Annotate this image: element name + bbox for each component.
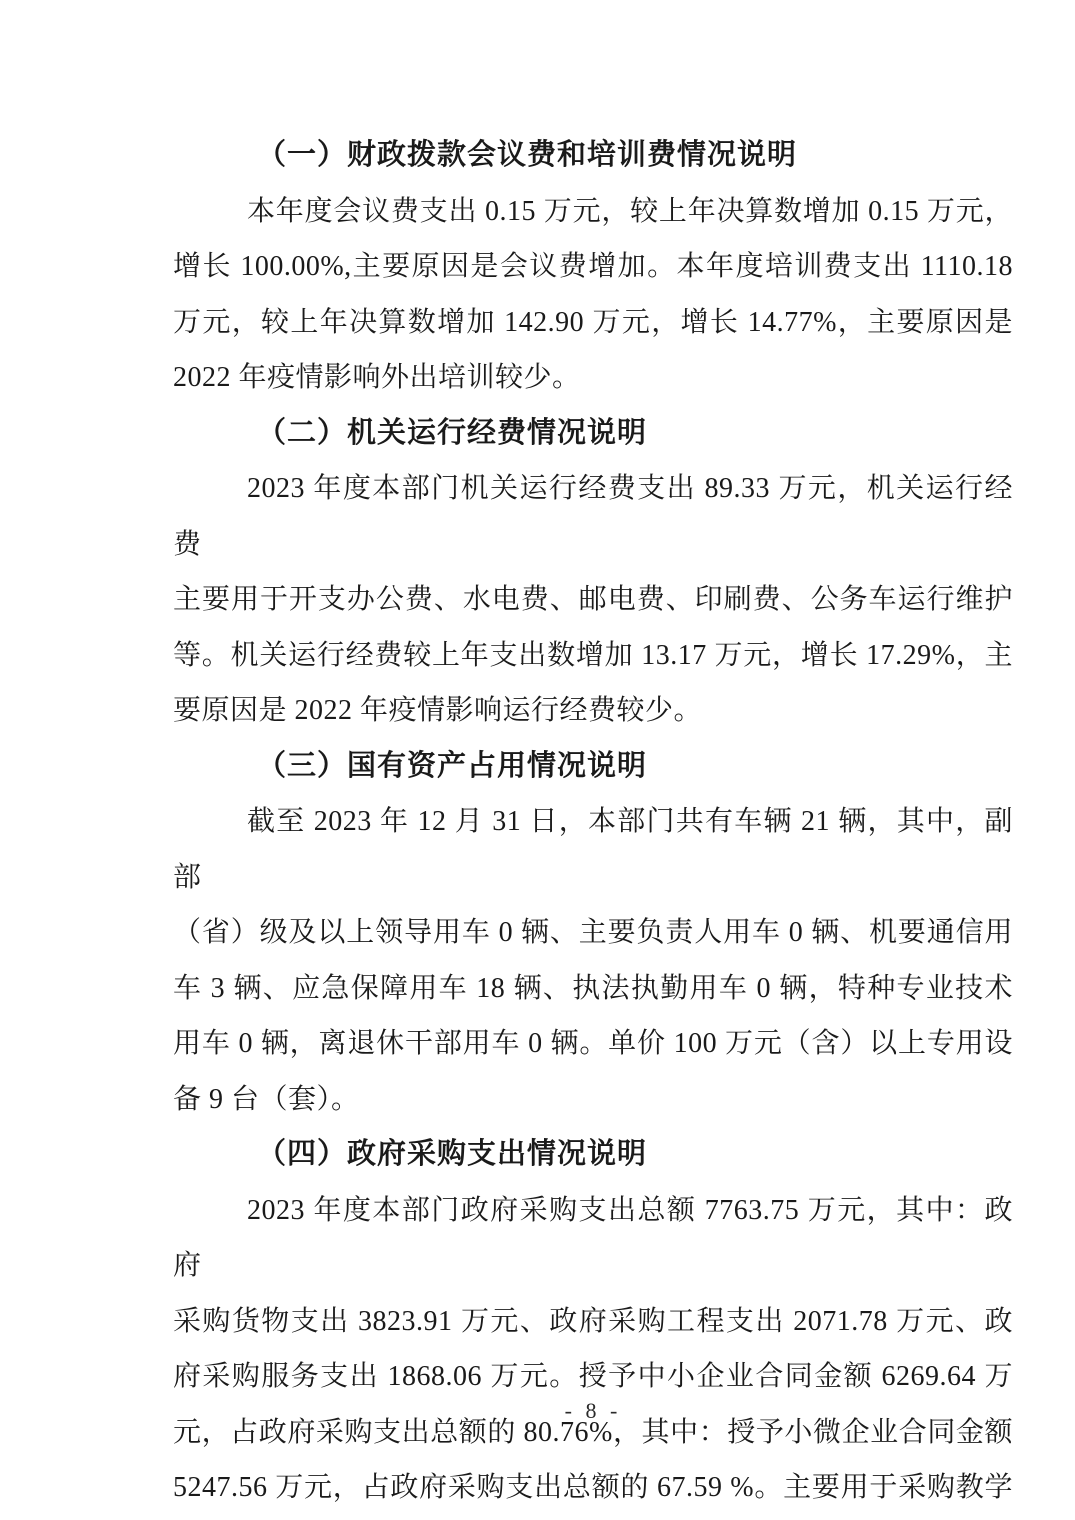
paragraph-line: 等。机关运行经费较上年支出数增加 13.17 万元，增长 17.29%，主 — [173, 628, 1013, 684]
paragraph-line: 备 9 台（套）。 — [173, 1072, 1013, 1128]
section-heading-3: （三）国有资产占用情况说明 — [173, 739, 1013, 795]
section-heading-2: （二）机关运行经费情况说明 — [173, 406, 1013, 462]
page-number: - 8 - — [173, 1398, 1013, 1424]
document-page: （一）财政拨款会议费和培训费情况说明 本年度会议费支出 0.15 万元，较上年决… — [0, 0, 1075, 1520]
paragraph-line: 主要用于开支办公费、水电费、邮电费、印刷费、公务车运行维护 — [173, 572, 1013, 628]
paragraph-line: 增长 100.00%,主要原因是会议费增加。本年度培训费支出 1110.18 — [173, 239, 1013, 295]
paragraph-line: 2023 年度本部门机关运行经费支出 89.33 万元，机关运行经费 — [173, 461, 1013, 572]
document-body: （一）财政拨款会议费和培训费情况说明 本年度会议费支出 0.15 万元，较上年决… — [173, 128, 1013, 1516]
paragraph-line: 府采购服务支出 1868.06 万元。授予中小企业合同金额 6269.64 万 — [173, 1349, 1013, 1405]
paragraph-line: 要原因是 2022 年疫情影响运行经费较少。 — [173, 683, 1013, 739]
section-heading-1: （一）财政拨款会议费和培训费情况说明 — [173, 128, 1013, 184]
paragraph-line: 用车 0 辆，离退休干部用车 0 辆。单价 100 万元（含）以上专用设 — [173, 1016, 1013, 1072]
paragraph-line: 5247.56 万元，占政府采购支出总额的 67.59 %。主要用于采购教学 — [173, 1460, 1013, 1516]
paragraph-line: 2023 年度本部门政府采购支出总额 7763.75 万元，其中：政府 — [173, 1183, 1013, 1294]
paragraph-line: 采购货物支出 3823.91 万元、政府采购工程支出 2071.78 万元、政 — [173, 1294, 1013, 1350]
paragraph-line: 2022 年疫情影响外出培训较少。 — [173, 350, 1013, 406]
paragraph-line: （省）级及以上领导用车 0 辆、主要负责人用车 0 辆、机要通信用 — [173, 905, 1013, 961]
paragraph-line: 本年度会议费支出 0.15 万元，较上年决算数增加 0.15 万元， — [173, 184, 1013, 240]
paragraph-line: 截至 2023 年 12 月 31 日，本部门共有车辆 21 辆，其中，副部 — [173, 794, 1013, 905]
paragraph-line: 车 3 辆、应急保障用车 18 辆、执法执勤用车 0 辆，特种专业技术 — [173, 961, 1013, 1017]
paragraph-line: 万元，较上年决算数增加 142.90 万元，增长 14.77%，主要原因是 — [173, 295, 1013, 351]
section-heading-4: （四）政府采购支出情况说明 — [173, 1127, 1013, 1183]
